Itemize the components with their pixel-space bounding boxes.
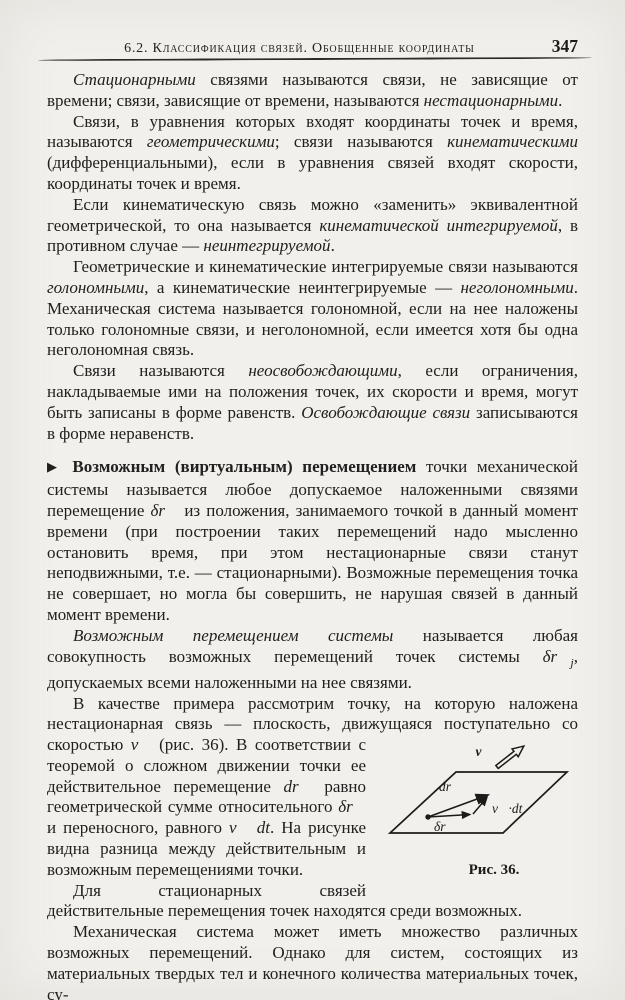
text-run: dr⃗ bbox=[283, 777, 311, 796]
text-run: нестационарными bbox=[424, 91, 559, 110]
text-run: (дифференциальными), если в уравнения св… bbox=[47, 153, 578, 193]
text-run: Механическая система может иметь множест… bbox=[47, 922, 578, 1000]
text-run: и переносного, равного bbox=[47, 818, 229, 837]
text-run: (рис. 36). bbox=[152, 735, 236, 754]
text-run: Геометрические и кинематические интегрир… bbox=[73, 257, 578, 276]
text-run: голономными bbox=[47, 278, 144, 297]
page-number: 347 bbox=[552, 36, 578, 57]
paragraph: Возможным перемещением системы называетс… bbox=[47, 626, 578, 694]
plane-outline bbox=[390, 772, 567, 833]
text-run: v⃗ dt bbox=[229, 818, 270, 837]
text-run: ; связи называются bbox=[275, 132, 447, 151]
delta-r-label: δr⃗ bbox=[434, 819, 456, 834]
paragraph: Связи, в уравнения которых входят коорди… bbox=[47, 112, 578, 195]
text-run: геометрическими bbox=[147, 132, 275, 151]
text-run: неосвобождающими bbox=[248, 361, 397, 380]
text-run: δr⃗ bbox=[150, 501, 178, 520]
paragraph: Стационарными связями называются связи, … bbox=[47, 70, 578, 112]
paragraph: ▶Возможным (виртуальным) перемещением то… bbox=[47, 457, 578, 625]
text-run: Связи называются bbox=[73, 361, 248, 380]
vdt-label: v⃗·dt bbox=[492, 801, 524, 816]
figure-caption: Рис. 36. bbox=[370, 860, 592, 881]
text-run: неинтегрируемой bbox=[203, 236, 330, 255]
page-header: 6.2. Классификация связей. Обобщенные ко… bbox=[47, 36, 578, 57]
text-run: . bbox=[331, 236, 335, 255]
text-run: неголономными bbox=[461, 278, 574, 297]
page-body: Стационарными связями называются связи, … bbox=[47, 70, 578, 1000]
paragraph: Связи называются неосвобождающими, если … bbox=[47, 361, 578, 444]
triangle-marker-icon: ▶ bbox=[47, 460, 62, 475]
text-run: кинематическими bbox=[447, 132, 578, 151]
header-rule bbox=[38, 57, 592, 61]
dr-label: dr⃗ bbox=[439, 779, 462, 794]
text-run: δr⃗ bbox=[543, 647, 571, 666]
text-run: Стационарными bbox=[73, 70, 196, 89]
text-run: Возможным (виртуальным) перемещением bbox=[72, 457, 416, 476]
figure-36-drawing: v⃗ dr⃗ δr⃗ v⃗·dt bbox=[380, 737, 602, 857]
figure-36: v⃗ dr⃗ δr⃗ v⃗·dt Рис. 36. bbox=[380, 737, 602, 881]
text-run: Для стационарных связей действительные п… bbox=[47, 881, 522, 921]
running-head: 6.2. Классификация связей. Обобщенные ко… bbox=[47, 41, 552, 57]
velocity-arrow-icon bbox=[494, 742, 527, 771]
text-run: , а кинематические неинтегрируемые — bbox=[144, 278, 460, 297]
text-run: Освобождающие связи bbox=[301, 403, 470, 422]
text-run: v⃗ bbox=[131, 735, 152, 754]
book-page: 6.2. Классификация связей. Обобщенные ко… bbox=[0, 0, 625, 1000]
text-run: δr⃗ bbox=[338, 797, 366, 816]
text-run: . bbox=[558, 91, 562, 110]
text-run: Возможным перемещением системы bbox=[73, 626, 393, 645]
paragraph: В качестве примера рассмотрим точку, на … bbox=[47, 694, 578, 881]
v-label: v⃗ bbox=[476, 744, 493, 759]
paragraph: Механическая система может иметь множест… bbox=[47, 922, 578, 1000]
paragraph: Геометрические и кинематические интегрир… bbox=[47, 257, 578, 361]
paragraph: Если кинематическую связь можно «заменит… bbox=[47, 195, 578, 257]
text-run: кинематической интегрируемой bbox=[319, 216, 557, 235]
paragraph: Для стационарных связей действительные п… bbox=[47, 881, 578, 923]
